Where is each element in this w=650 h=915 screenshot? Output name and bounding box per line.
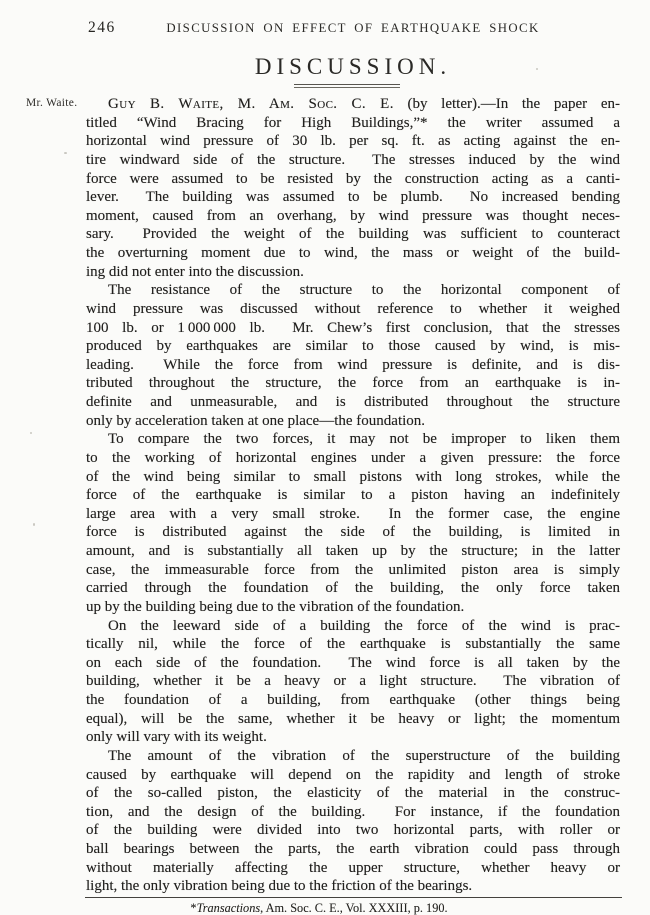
text-line: horizontal wind pressure of 30 lb. per s… — [86, 132, 620, 151]
text-line: wind pressure was discussed without refe… — [86, 300, 620, 319]
text-line: force is distributed against the side of… — [86, 523, 620, 542]
text-line: ing did not enter into the discussion. — [86, 263, 620, 282]
text-line: equal), will be the same, whether it be … — [86, 710, 620, 729]
text-line: caused by earthquake will depend on the … — [86, 766, 620, 785]
heading-rule — [294, 84, 400, 88]
text-line: large area with a very small stroke. In … — [86, 505, 620, 524]
text-line: definite and unmeasurable, and is distri… — [86, 393, 620, 412]
text-line: amount, and is substantially all taken u… — [86, 542, 620, 561]
margin-note: Mr. Waite. — [26, 97, 77, 109]
scan-speck — [33, 523, 35, 526]
section-heading: DISCUSSION. — [86, 54, 620, 80]
footnote: *Transactions, Am. Soc. C. E., Vol. XXXI… — [52, 901, 586, 915]
text-line: case, the immeasurable force from the un… — [86, 561, 620, 580]
text-line: To compare the two forces, it may not be… — [86, 430, 620, 449]
page-header: 246 DISCUSSION ON EFFECT OF EARTHQUAKE S… — [86, 19, 620, 36]
text-line: leading. While the force from wind press… — [86, 356, 620, 375]
body-text: Guy B. Waite, M. Am. Soc. C. E. (by lett… — [86, 95, 620, 896]
author-name-smallcaps: Guy B. Waite, M. Am. Soc. C. E. — [108, 96, 394, 112]
text-line: of the so-called piston, the elasticity … — [86, 784, 620, 803]
footnote-italic: Transactions — [197, 901, 261, 915]
text-line: tically nil, while the force of the eart… — [86, 635, 620, 654]
text-line: only will vary with its weight. — [86, 728, 620, 747]
text-line: tributed throughout the structure, the f… — [86, 374, 620, 393]
document-page: Mr. Waite. 246 DISCUSSION ON EFFECT OF E… — [0, 0, 650, 915]
text-line: of the building were divided into two ho… — [86, 821, 620, 840]
text-line: ball bearings between the parts, the ear… — [86, 840, 620, 859]
text-line: tion, and the design of the building. Fo… — [86, 803, 620, 822]
text-line: titled “Wind Bracing for High Buildings,… — [86, 114, 620, 133]
text-line: to the working of horizontal engines und… — [86, 449, 620, 468]
text-line: Guy B. Waite, M. Am. Soc. C. E. (by lett… — [86, 95, 620, 114]
page-number: 246 — [88, 19, 116, 37]
text-line: without materially affecting the upper s… — [86, 859, 620, 878]
text-line: light, the only vibration being due to t… — [86, 877, 620, 896]
text-line: the overturning moment due to wind, the … — [86, 244, 620, 263]
scan-speck — [30, 432, 32, 434]
text-line: moment, caused from an overhang, by wind… — [86, 207, 620, 226]
text-line: up by the building being due to the vibr… — [86, 598, 620, 617]
text-line: force of the earthquake is similar to a … — [86, 486, 620, 505]
text-line: building, whether it be a heavy or a lig… — [86, 672, 620, 691]
text-line: The amount of the vibration of the super… — [86, 747, 620, 766]
text-line: of the wind being similar to small pisto… — [86, 468, 620, 487]
text-line: tire windward side of the structure. The… — [86, 151, 620, 170]
text-line: only by acceleration taken at one place—… — [86, 412, 620, 431]
text-line: carried through the foundation of the bu… — [86, 579, 620, 598]
text-line: On the leeward side of a building the fo… — [86, 617, 620, 636]
footnote-rest: , Am. Soc. C. E., Vol. XXXIII, p. 190. — [260, 901, 447, 915]
text-line: produced by earthquakes are similar to t… — [86, 337, 620, 356]
text-line: force were assumed to be resisted by the… — [86, 170, 620, 189]
text-column: 246 DISCUSSION ON EFFECT OF EARTHQUAKE S… — [86, 0, 620, 915]
scan-speck — [64, 152, 67, 154]
footnote-rule — [85, 897, 622, 898]
text-line: on each side of the foundation. The wind… — [86, 654, 620, 673]
text-line: lever. The building was assumed to be pl… — [86, 188, 620, 207]
running-head: DISCUSSION ON EFFECT OF EARTHQUAKE SHOCK — [86, 19, 620, 36]
text-line: 100 lb. or 1 000 000 lb. Mr. Chew’s firs… — [86, 319, 620, 338]
text-line: sary. Provided the weight of the buildin… — [86, 225, 620, 244]
text-line: The resistance of the structure to the h… — [86, 281, 620, 300]
text-line: the foundation of a building, from earth… — [86, 691, 620, 710]
